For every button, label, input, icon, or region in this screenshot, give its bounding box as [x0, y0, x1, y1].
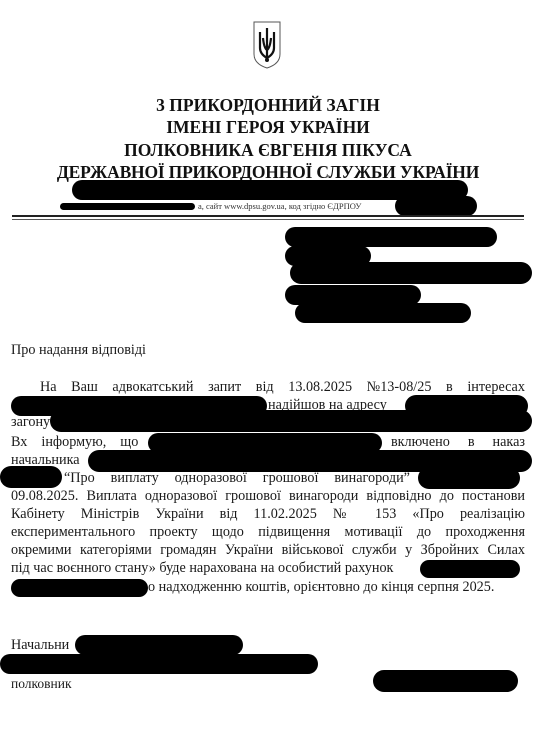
redaction-signature-title-2: [0, 654, 318, 674]
header-rule-thin: [12, 219, 524, 220]
body-line-9: експериментального проекту щодо підвищен…: [11, 523, 525, 541]
body-line-12: о надходженню коштів, орієнтовно до кінц…: [148, 578, 494, 596]
word: інтересах: [467, 378, 525, 396]
subject-line: Про надання відповіді: [11, 341, 146, 359]
redaction-addressee-5: [295, 303, 471, 323]
word: в: [468, 433, 475, 451]
word: включено: [391, 433, 450, 451]
redaction-order-prefix: [0, 466, 62, 488]
word: Вх: [11, 433, 27, 451]
word: адвокатський: [112, 378, 193, 396]
word: в: [446, 378, 453, 396]
word: що: [120, 433, 138, 451]
body-line-1: На Ваш адвокатський запит від 13.08.2025…: [40, 378, 525, 396]
body-line-8: Кабінету Міністрів України від 11.02.202…: [11, 505, 525, 523]
header-line-2: ІМЕНІ ГЕРОЯ УКРАЇНИ: [0, 116, 536, 138]
header-rule: [12, 215, 524, 217]
body-line-11: під час воєнного стану» буде нарахована …: [11, 559, 393, 577]
contact-line: а, сайт www.dpsu.gov.ua, код згідно ЄДРП…: [198, 201, 361, 211]
header-line-3: ПОЛКОВНИКА ЄВГЕНІЯ ПІКУСА: [0, 139, 536, 161]
redaction-contact-prefix: [60, 203, 195, 210]
word: наказ: [493, 433, 525, 451]
word: виплату: [111, 469, 159, 487]
redaction-edrpou: [395, 196, 477, 216]
redaction-addressee-1: [285, 227, 497, 247]
header-line-1: 3 ПРИКОРДОННИЙ ЗАГІН: [0, 94, 536, 116]
word: інформую,: [41, 433, 106, 451]
request-number: №13-08/25: [367, 378, 432, 396]
body-line-10: окремими категоріями громадян України ві…: [11, 541, 525, 559]
redaction-account: [420, 560, 520, 578]
redaction-account-2: [11, 579, 148, 597]
word: запит: [208, 378, 241, 396]
redaction-unit: [50, 410, 532, 432]
word: одноразової: [175, 469, 247, 487]
request-date: 13.08.2025: [288, 378, 352, 396]
redaction-addressee-3: [290, 262, 532, 284]
word: винагороди”: [334, 469, 410, 487]
redaction-signer-name: [373, 670, 518, 692]
word: грошової: [263, 469, 319, 487]
redaction-signature-title: [75, 635, 243, 655]
redaction-order-number: [418, 467, 520, 489]
word: від: [256, 378, 274, 396]
redaction-addressee-4: [285, 285, 421, 305]
body-line-6: “Про виплату одноразової грошової винаго…: [64, 469, 410, 487]
word: “Про: [64, 469, 95, 487]
word: Ваш: [71, 378, 98, 396]
word: На: [40, 378, 57, 396]
body-line-3: загону: [11, 413, 50, 431]
signature-title: Начальни: [11, 636, 69, 654]
signature-rank: полковник: [11, 675, 72, 693]
body-line-7: 09.08.2025. Виплата одноразової грошової…: [11, 487, 525, 505]
coat-of-arms-trident-icon: [252, 20, 282, 70]
